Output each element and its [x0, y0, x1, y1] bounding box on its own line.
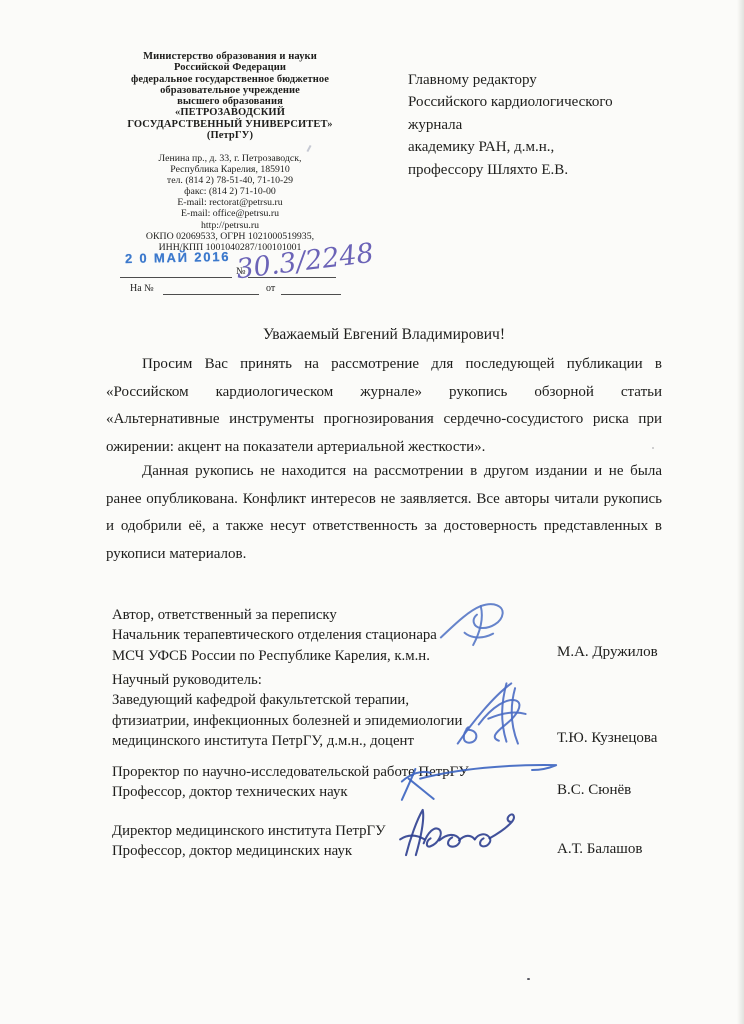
website-line: http://petrsu.ru	[105, 220, 355, 231]
scan-speck	[527, 978, 530, 980]
signatory-name: Т.Ю. Кузнецова	[557, 730, 657, 747]
reply-from-label: от	[266, 283, 275, 294]
address-line: Ленина пр., д. 33, г. Петрозаводск,	[105, 153, 355, 164]
handwritten-number-ink: 30.3/2248	[232, 237, 362, 285]
body-paragraph: Данная рукопись не находится на рассмотр…	[106, 458, 662, 568]
signature-ink-syunev	[398, 760, 560, 805]
reply-number-underline	[163, 294, 259, 295]
addressee-block: Главному редактору Российского кардиолог…	[408, 69, 670, 181]
role-line: фтизиатрии, инфекционных болезней и эпид…	[112, 711, 462, 731]
signature-ink-balashov	[397, 806, 523, 859]
role-line: МСЧ УФСБ России по Республике Карелия, к…	[112, 646, 437, 666]
date-underline	[120, 277, 232, 278]
letterhead-line: высшего образования	[105, 96, 355, 107]
email-line: E-mail: rectorat@petrsu.ru	[105, 197, 355, 208]
scan-speck	[306, 145, 311, 152]
letterhead-ministry-block: Министерство образования и науки Российс…	[105, 51, 355, 141]
letterhead-line: Министерство образования и науки	[105, 51, 355, 62]
university-name-line: ГОСУДАРСТВЕННЫЙ УНИВЕРСИТЕТ»	[105, 119, 355, 130]
addressee-line: Российского кардиологического	[408, 91, 670, 113]
university-name-line: «ПЕТРОЗАВОДСКИЙ	[105, 107, 355, 118]
role-line: медицинского института ПетрГУ, д.м.н., д…	[112, 731, 462, 751]
addressee-line: академику РАН, д.м.н.,	[408, 136, 670, 158]
body-paragraph: Просим Вас принять на рассмотрение для п…	[106, 351, 662, 461]
role-line: Директор медицинского института ПетрГУ	[112, 821, 386, 841]
signature-ink-druzhilov	[438, 599, 514, 655]
scan-speck	[652, 447, 654, 449]
signatory-name: М.А. Дружилов	[557, 644, 658, 661]
addressee-line: журнала	[408, 114, 670, 136]
role-line: Автор, ответственный за переписку	[112, 605, 437, 625]
university-shortname-line: (ПетрГУ)	[105, 130, 355, 141]
signatory-name: В.С. Сюнёв	[557, 782, 631, 799]
fax-line: факс: (814 2) 71-10-00	[105, 186, 355, 197]
reply-label: На №	[130, 283, 154, 294]
letterhead-line: Российской Федерации	[105, 62, 355, 73]
role-line: Профессор, доктор медицинских наук	[112, 841, 386, 861]
role-line: Заведующий кафедрой факультетской терапи…	[112, 690, 462, 710]
letterhead-line: образовательное учреждение	[105, 85, 355, 96]
addressee-line: профессору Шляхто Е.В.	[408, 159, 670, 181]
date-stamp: 2 0 МАЙ 2016	[125, 249, 231, 266]
signatory-name: А.Т. Балашов	[557, 841, 642, 858]
role-line: Начальник терапевтического отделения ста…	[112, 625, 437, 645]
signatory-role-block: Научный руководитель: Заведующий кафедро…	[112, 670, 462, 751]
signatory-role-block: Директор медицинского института ПетрГУ П…	[112, 821, 386, 862]
signatory-role-block: Автор, ответственный за переписку Началь…	[112, 605, 437, 666]
role-line: Научный руководитель:	[112, 670, 462, 690]
phone-line: тел. (814 2) 78-51-40, 71-10-29	[105, 175, 355, 186]
letterhead-line: федеральное государственное бюджетное	[105, 74, 355, 85]
handwritten-number-text: 30.3/2248	[235, 238, 376, 286]
email-line: E-mail: office@petrsu.ru	[105, 208, 355, 219]
addressee-line: Главному редактору	[408, 69, 670, 91]
signature-ink-kuznetsova	[452, 674, 538, 752]
scanned-letter-page: Министерство образования и науки Российс…	[0, 0, 744, 1024]
salutation: Уважаемый Евгений Владимирович!	[106, 326, 662, 344]
reply-date-underline	[281, 294, 341, 295]
page-edge-shadow	[737, 0, 744, 1024]
address-line: Республика Карелия, 185910	[105, 164, 355, 175]
